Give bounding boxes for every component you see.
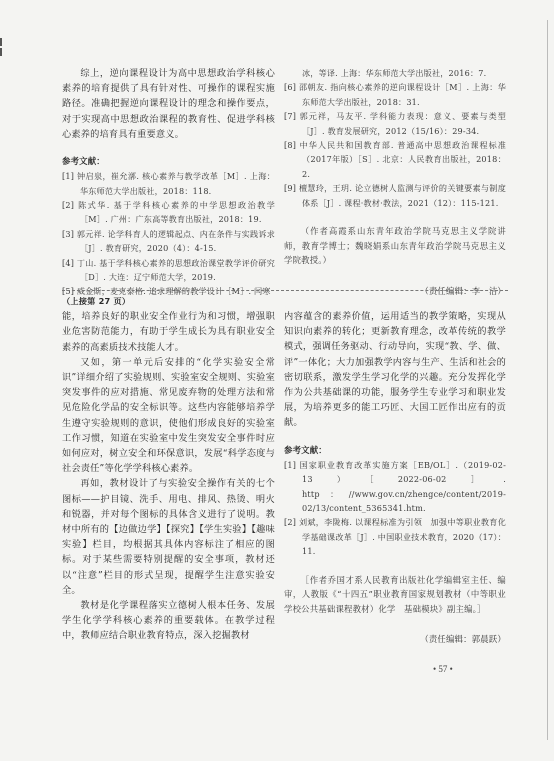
body-paragraph: 能，培养良好的职业安全作业行为和习惯，增强职业危害防范能力，有助于学生成长为具有… <box>62 309 275 355</box>
references-heading: 参考文献： <box>284 443 506 458</box>
references-heading: 参考文献： <box>62 154 275 169</box>
editor-credit: （责任编辑：郭晨跃） <box>284 632 506 647</box>
references-list: [1] 钟启泉，崔允漷. 核心素养与教学改革［M］. 上海：华东师范大学出版社，… <box>62 169 275 299</box>
reference-item: [3] 郭元祥. 论学科育人的逻辑起点、内在条件与实践诉求［J］. 教育研究，2… <box>62 227 275 256</box>
reference-item: [8] 中华人民共和国教育部. 普通高中思想政治课程标准（2017年版）［S］.… <box>284 138 506 181</box>
reference-item: [1] 钟启泉，崔允漷. 核心素养与教学改革［M］. 上海：华东师范大学出版社，… <box>62 169 275 198</box>
reference-item: [2] 刘斌，李陇梅. 以课程标准为引领 加强中等职业教育化学基础课改革［J］.… <box>284 515 506 558</box>
reference-item: [1] 国家职业教育改革实施方案［EB/OL］.（2019-02-13）［202… <box>284 458 506 516</box>
journal-page: 综上，逆向课程设计为高中思想政治学科核心素养的培育提供了具有针对性、可操作的课程… <box>0 0 554 761</box>
editor-credit: （责任编辑：李 洁） <box>284 284 506 299</box>
lower-right-column: 内容蕴含的素养价值，运用适当的教学策略，实现从知识向素养的转化；更新教育理念，改… <box>284 309 506 648</box>
conclusion-paragraph: 综上，逆向课程设计为高中思想政治学科核心素养的培育提供了具有针对性、可操作的课程… <box>62 66 275 142</box>
references-list-continued: 冰，等译. 上海：华东师范大学出版社，2016：7. [6] 邵朝友. 指向核心… <box>284 66 506 210</box>
reference-item: [7] 郭元祥，马友平. 学科能力表现：意义、要素与类型［J］. 教育发展研究，… <box>284 109 506 138</box>
body-paragraph: 内容蕴含的素养价值，运用适当的教学策略，实现从知识向素养的转化；更新教育理念，改… <box>284 309 506 431</box>
body-paragraph: 又如，第一单元后安排的“化学实验安全常识”详细介绍了实验规则、实验室安全规则、实… <box>62 355 275 477</box>
author-bio: ［作者乔国才系人民教育出版社化学编辑室主任、编审，人教版《“十四五”职业教育国家… <box>284 573 506 617</box>
reference-item: [9] 檀慧玲，王玥. 论立德树人监测与评价的关键要素与制度体系［J］. 课程·… <box>284 181 506 210</box>
reference-item: [6] 邵朝友. 指向核心素养的逆向课程设计［M］. 上海：华东师范大学出版社，… <box>284 80 506 109</box>
continued-from-label: （上接第 27 页） <box>62 294 275 309</box>
reference-item: [2] 陈式华. 基于学科核心素养的中学思想政治教学［M］. 广州：广东高等教育… <box>62 198 275 227</box>
references-list: [1] 国家职业教育改革实施方案［EB/OL］.（2019-02-13）［202… <box>284 458 506 559</box>
scan-edge-mark <box>0 48 2 56</box>
upper-right-column: 冰，等译. 上海：华东师范大学出版社，2016：7. [6] 邵朝友. 指向核心… <box>284 66 506 299</box>
article-divider <box>62 290 508 291</box>
author-bio: （作者高霞系山东青年政治学院马克思主义学院讲师，教育学博士；魏晓娟系山东青年政治… <box>284 224 506 268</box>
scan-edge-line <box>547 20 548 740</box>
page-number: • 57 • <box>433 664 453 674</box>
reference-item: [4] 丁山. 基于学科核心素养的思想政治课堂教学评价研究［D］. 大连：辽宁师… <box>62 256 275 285</box>
upper-left-column: 综上，逆向课程设计为高中思想政治学科核心素养的培育提供了具有针对性、可操作的课程… <box>62 66 275 299</box>
reference-item-continued: 冰，等译. 上海：华东师范大学出版社，2016：7. <box>284 66 506 80</box>
body-paragraph: 再如，教材设计了与实验安全操作有关的七个图标——护目镜、洗手、用电、排风、热烫、… <box>62 476 275 598</box>
scan-edge-mark <box>0 38 2 46</box>
lower-left-column: （上接第 27 页） 能，培养良好的职业安全作业行为和习惯，增强职业危害防范能力… <box>62 294 275 644</box>
body-paragraph: 教材是化学课程落实立德树人根本任务、发展学生化学学科核心素养的重要载体。在教学过… <box>62 598 275 644</box>
